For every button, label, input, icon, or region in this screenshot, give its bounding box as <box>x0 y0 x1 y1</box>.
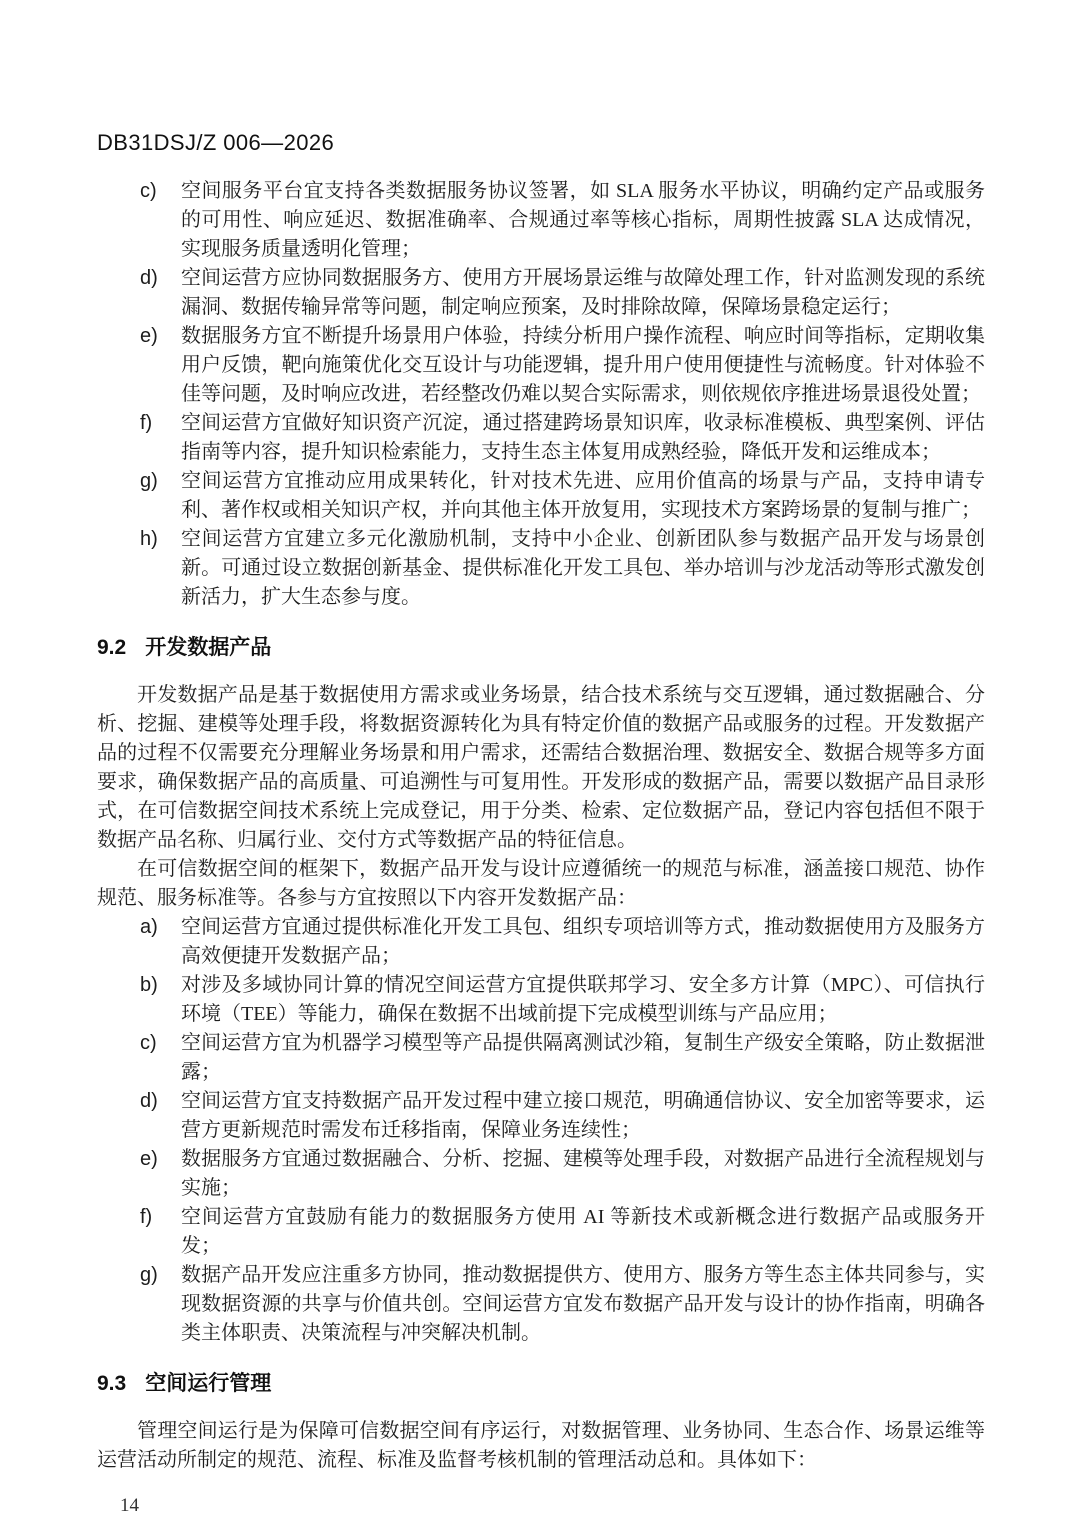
list-item-text: 空间运营方应协同数据服务方、使用方开展场景运维与故障处理工作，针对监测发现的系统… <box>181 264 985 322</box>
section-title: 空间运行管理 <box>145 1372 271 1395</box>
list-item-text: 数据服务方宜不断提升场景用户体验，持续分析用户操作流程、响应时间等指标，定期收集… <box>181 322 985 409</box>
list-item: f) 空间运营方宜鼓励有能力的数据服务方使用 AI 等新技术或新概念进行数据产品… <box>140 1203 985 1261</box>
list-item-label: b) <box>140 971 181 1000</box>
list-item-text: 空间服务平台宜支持各类数据服务协议签署，如 SLA 服务水平协议，明确约定产品或… <box>181 177 985 264</box>
section-heading-9-3: 9.3空间运行管理 <box>97 1372 985 1396</box>
section-number: 9.2 <box>97 636 126 659</box>
list-item: d) 空间运营方应协同数据服务方、使用方开展场景运维与故障处理工作，针对监测发现… <box>140 264 985 322</box>
list-item-text: 空间运营方宜推动应用成果转化，针对技术先进、应用价值高的场景与产品，支持申请专利… <box>181 467 985 525</box>
list-item: c) 空间服务平台宜支持各类数据服务协议签署，如 SLA 服务水平协议，明确约定… <box>140 177 985 264</box>
list-item-label: e) <box>140 1145 181 1174</box>
list-item: b) 对涉及多域协同计算的情况空间运营方宜提供联邦学习、安全多方计算（MPC）、… <box>140 971 985 1029</box>
paragraph: 在可信数据空间的框架下，数据产品开发与设计应遵循统一的规范与标准，涵盖接口规范、… <box>97 855 985 913</box>
list-item: h) 空间运营方宜建立多元化激励机制，支持中小企业、创新团队参与数据产品开发与场… <box>140 525 985 612</box>
list-item-label: d) <box>140 264 181 293</box>
list-item-label: e) <box>140 322 181 351</box>
list-item-text: 空间运营方宜支持数据产品开发过程中建立接口规范，明确通信协议、安全加密等要求，运… <box>181 1087 985 1145</box>
list-item-text: 空间运营方宜为机器学习模型等产品提供隔离测试沙箱，复制生产级安全策略，防止数据泄… <box>181 1029 985 1087</box>
list-item-text: 对涉及多域协同计算的情况空间运营方宜提供联邦学习、安全多方计算（MPC）、可信执… <box>181 971 985 1029</box>
list-item: g) 空间运营方宜推动应用成果转化，针对技术先进、应用价值高的场景与产品，支持申… <box>140 467 985 525</box>
list-item-text: 空间运营方宜通过提供标准化开发工具包、组织专项培训等方式，推动数据使用方及服务方… <box>181 913 985 971</box>
list-item-text: 数据服务方宜通过数据融合、分析、挖掘、建模等处理手段，对数据产品进行全流程规划与… <box>181 1145 985 1203</box>
list-item-label: f) <box>140 1203 181 1232</box>
paragraph: 开发数据产品是基于数据使用方需求或业务场景，结合技术系统与交互逻辑，通过数据融合… <box>97 681 985 855</box>
list-item-text: 数据产品开发应注重多方协同，推动数据提供方、使用方、服务方等生态主体共同参与，实… <box>181 1261 985 1348</box>
list-item-label: g) <box>140 467 181 496</box>
list-item-text: 空间运营方宜鼓励有能力的数据服务方使用 AI 等新技术或新概念进行数据产品或服务… <box>181 1203 985 1261</box>
list-item-label: g) <box>140 1261 181 1290</box>
clause-list-top: c) 空间服务平台宜支持各类数据服务协议签署，如 SLA 服务水平协议，明确约定… <box>140 177 985 612</box>
list-item: e) 数据服务方宜不断提升场景用户体验，持续分析用户操作流程、响应时间等指标，定… <box>140 322 985 409</box>
list-item: d) 空间运营方宜支持数据产品开发过程中建立接口规范，明确通信协议、安全加密等要… <box>140 1087 985 1145</box>
paragraph: 管理空间运行是为保障可信数据空间有序运行，对数据管理、业务协同、生态合作、场景运… <box>97 1417 985 1475</box>
clause-list-9-2: a) 空间运营方宜通过提供标准化开发工具包、组织专项培训等方式，推动数据使用方及… <box>140 913 985 1348</box>
section-heading-9-2: 9.2开发数据产品 <box>97 636 985 660</box>
document-page: DB31DSJ/Z 006—2026 c) 空间服务平台宜支持各类数据服务协议签… <box>0 0 1080 1528</box>
list-item: a) 空间运营方宜通过提供标准化开发工具包、组织专项培训等方式，推动数据使用方及… <box>140 913 985 971</box>
document-code: DB31DSJ/Z 006—2026 <box>97 130 985 156</box>
list-item-text: 空间运营方宜做好知识资产沉淀，通过搭建跨场景知识库，收录标准模板、典型案例、评估… <box>181 409 985 467</box>
list-item: f) 空间运营方宜做好知识资产沉淀，通过搭建跨场景知识库，收录标准模板、典型案例… <box>140 409 985 467</box>
list-item-label: a) <box>140 913 181 942</box>
list-item-label: c) <box>140 177 181 206</box>
section-number: 9.3 <box>97 1372 126 1395</box>
list-item: c) 空间运营方宜为机器学习模型等产品提供隔离测试沙箱，复制生产级安全策略，防止… <box>140 1029 985 1087</box>
list-item-label: h) <box>140 525 181 554</box>
section-title: 开发数据产品 <box>145 636 271 659</box>
list-item-label: d) <box>140 1087 181 1116</box>
page-number: 14 <box>120 1491 985 1520</box>
list-item: e) 数据服务方宜通过数据融合、分析、挖掘、建模等处理手段，对数据产品进行全流程… <box>140 1145 985 1203</box>
list-item: g) 数据产品开发应注重多方协同，推动数据提供方、使用方、服务方等生态主体共同参… <box>140 1261 985 1348</box>
list-item-text: 空间运营方宜建立多元化激励机制，支持中小企业、创新团队参与数据产品开发与场景创新… <box>181 525 985 612</box>
list-item-label: f) <box>140 409 181 438</box>
list-item-label: c) <box>140 1029 181 1058</box>
